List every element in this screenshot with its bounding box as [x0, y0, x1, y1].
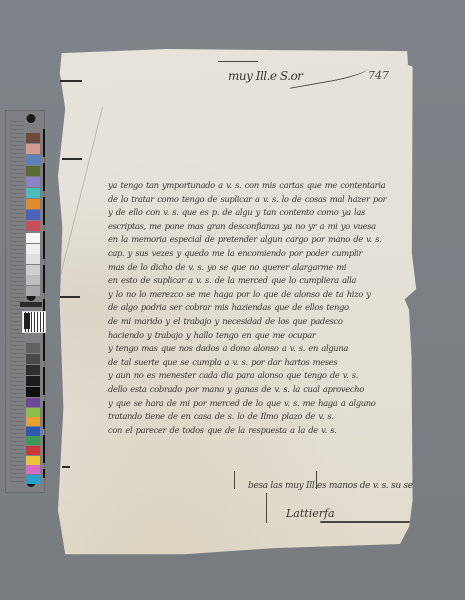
manuscript-line: ya tengo tan ymportunado a v. s. con mis… — [108, 179, 408, 193]
chart-ruler — [43, 129, 45, 478]
color-swatch — [26, 275, 40, 285]
manuscript-page: muy Ill.e S.or 747 ya tengo tan ymportun… — [58, 47, 418, 562]
color-swatch — [26, 166, 40, 176]
pin-mark — [62, 466, 70, 468]
manuscript-line: cap. y sus vezes y quedo me la encomiend… — [108, 247, 408, 261]
color-swatch — [26, 210, 40, 220]
manuscript-line: y lo no lo merezco se me haga por lo que… — [108, 288, 408, 302]
manuscript-line: con el parecer de todos que de la respue… — [108, 424, 408, 438]
color-swatch — [26, 133, 40, 143]
color-swatch — [26, 436, 40, 445]
manuscript-line: y aun no es menester cada dia para alons… — [108, 369, 408, 383]
cross-mark-icon — [218, 61, 258, 62]
color-swatch — [26, 475, 40, 484]
manuscript-line: y de ello con v. s. que es p. de algu y … — [108, 206, 408, 220]
letter-closing: besa las muy Ill.es manos de v. s. su se… — [248, 481, 432, 491]
letter-header: muy Ill.e S.or 747 — [228, 55, 408, 105]
ink-descender — [234, 471, 235, 489]
manuscript-line: en la memoria especial de pretender algu… — [108, 233, 408, 247]
color-calibration-chart — [5, 110, 45, 493]
letter-body: ya tengo tan ymportunado a v. s. con mis… — [108, 179, 408, 437]
color-swatch — [26, 417, 40, 426]
signature-flourish — [320, 521, 410, 523]
color-swatch — [26, 365, 40, 375]
color-swatch — [26, 188, 40, 198]
pin-mark — [62, 158, 82, 160]
color-swatch — [26, 244, 40, 254]
color-swatch — [26, 155, 40, 165]
chart-dark-patch — [24, 313, 30, 329]
manuscript-line: y que se hara de mi por merced de lo que… — [108, 397, 408, 411]
color-swatch — [26, 446, 40, 455]
manuscript-line: escriptas, me pone mas gran desconfianza… — [108, 220, 408, 234]
color-swatch — [26, 427, 40, 436]
manuscript-line: tratando tiene de en casa de s. lo de Il… — [108, 410, 408, 424]
manuscript-line: de algo podria ser cobrar mis haziendas … — [108, 301, 408, 315]
manuscript-line: de lo tratar como tengo de suplicar a v.… — [108, 193, 408, 207]
color-swatch — [26, 354, 40, 364]
pin-mark — [60, 296, 80, 298]
color-swatch — [26, 408, 40, 417]
chart-hole-top-icon — [27, 114, 36, 123]
manuscript-line: en esto de suplicar a v. s. de la merced… — [108, 274, 408, 288]
color-swatch — [26, 221, 40, 231]
color-swatch — [26, 286, 40, 296]
color-swatch — [26, 387, 40, 397]
salutation-flourish — [287, 62, 368, 89]
color-swatch — [26, 144, 40, 154]
folio-number: 747 — [368, 69, 389, 82]
color-swatch — [26, 376, 40, 386]
chart-gray-bar — [20, 302, 42, 307]
color-swatch — [26, 343, 40, 353]
color-swatch — [26, 456, 40, 465]
color-swatch — [26, 465, 40, 474]
color-swatch — [26, 233, 40, 243]
manuscript-line: haciendo y trabajo y hallo tengo en que … — [108, 329, 408, 343]
color-swatch — [26, 398, 40, 407]
manuscript-line: y tengo mas que nos dados a dono alonso … — [108, 342, 408, 356]
color-swatch — [26, 265, 40, 275]
manuscript-line: de tal suerte que se cumpla a v. s. por … — [108, 356, 408, 370]
color-swatch — [26, 177, 40, 187]
ink-descender — [266, 493, 267, 523]
manuscript-line: de mi marido y el trabajo y necesidad de… — [108, 315, 408, 329]
manuscript-line: dello esta cobrado por mano y ganas de v… — [108, 383, 408, 397]
color-swatch — [26, 254, 40, 264]
pin-mark — [60, 80, 82, 82]
signature: Lattierfa — [286, 507, 335, 520]
manuscript-line: mas de lo dicho de v. s. yo se que no qu… — [108, 261, 408, 275]
color-swatch — [26, 199, 40, 209]
